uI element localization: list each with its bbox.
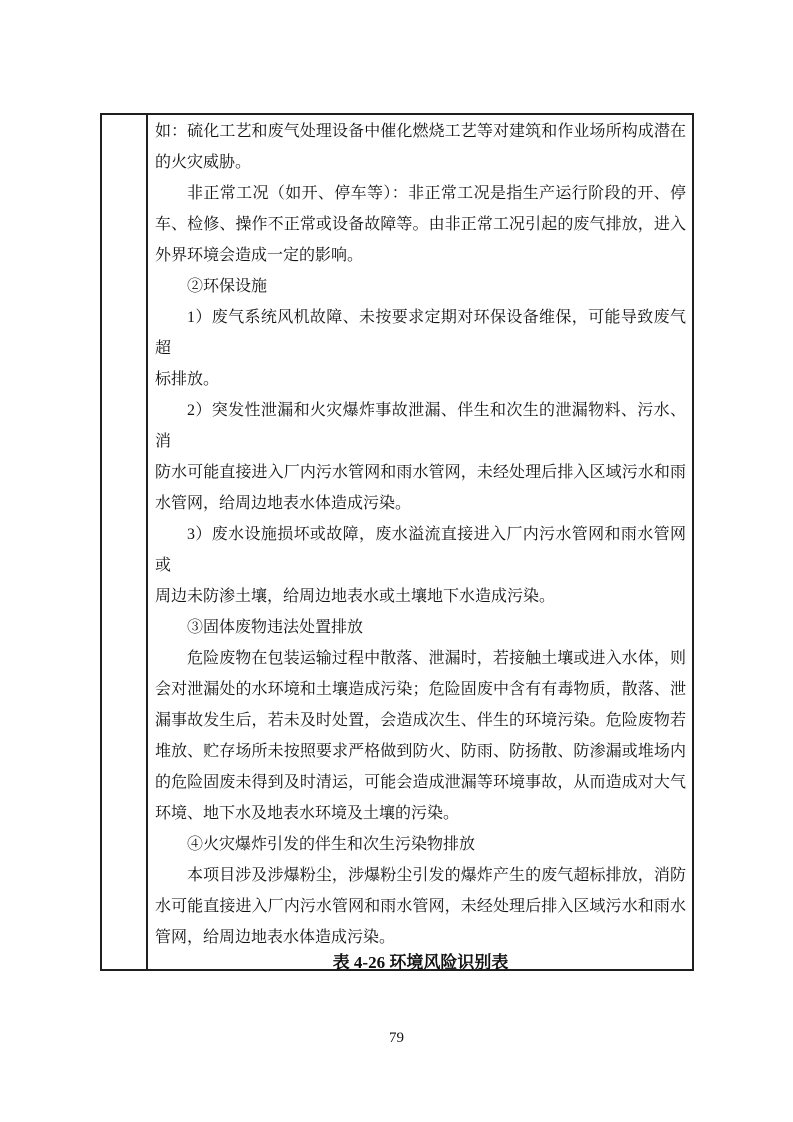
- paragraph: 2）突发性泄漏和火灾爆炸事故泄漏、伴生和次生的泄漏物料、污水、消防水可能直接进入…: [155, 395, 686, 519]
- text-line: 3）废水设施损坏或故障，废水溢流直接进入厂内污水管网和雨水管网或: [155, 519, 686, 581]
- text-line: 的火灾威胁。: [155, 147, 686, 178]
- text-line: 2）突发性泄漏和火灾爆炸事故泄漏、伴生和次生的泄漏物料、污水、消: [155, 395, 686, 457]
- text-line: 的危险固废未得到及时清运，可能会造成泄漏等环境事故，从而造成对大气: [155, 767, 686, 798]
- paragraph: ④火灾爆炸引发的伴生和次生污染物排放: [155, 829, 686, 860]
- body-text: 如：硫化工艺和废气处理设备中催化燃烧工艺等对建筑和作业场所构成潜在的火灾威胁。非…: [155, 116, 688, 953]
- text-line: 水管网，给周边地表水体造成污染。: [155, 488, 686, 519]
- text-line: 本项目涉及涉爆粉尘，涉爆粉尘引发的爆炸产生的废气超标排放，消防: [155, 860, 686, 891]
- text-line: 非正常工况（如开、停车等）：非正常工况是指生产运行阶段的开、停: [155, 178, 686, 209]
- text-line: 会对泄漏处的水环境和土壤造成污染；危险固废中含有有毒物质，散落、泄: [155, 674, 686, 705]
- paragraph: 本项目涉及涉爆粉尘，涉爆粉尘引发的爆炸产生的废气超标排放，消防水可能直接进入厂内…: [155, 860, 686, 953]
- text-line: 漏事故发生后，若未及时处置，会造成次生、伴生的环境污染。危险废物若: [155, 705, 686, 736]
- text-line: 危险废物在包装运输过程中散落、泄漏时，若接触土壤或进入水体，则: [155, 643, 686, 674]
- text-line: 堆放、贮存场所未按照要求严格做到防火、防雨、防扬散、防渗漏或堆场内: [155, 736, 686, 767]
- paragraph: 危险废物在包装运输过程中散落、泄漏时，若接触土壤或进入水体，则会对泄漏处的水环境…: [155, 643, 686, 829]
- text-line: ③固体废物违法处置排放: [155, 612, 686, 643]
- text-line: ②环保设施: [155, 271, 686, 302]
- text-line: ④火灾爆炸引发的伴生和次生污染物排放: [155, 829, 686, 860]
- paragraph: 非正常工况（如开、停车等）：非正常工况是指生产运行阶段的开、停车、检修、操作不正…: [155, 178, 686, 271]
- text-line: 环境、地下水及地表水环境及土壤的污染。: [155, 798, 686, 829]
- paragraph: 3）废水设施损坏或故障，废水溢流直接进入厂内污水管网和雨水管网或周边未防渗土壤，…: [155, 519, 686, 612]
- text-line: 如：硫化工艺和废气处理设备中催化燃烧工艺等对建筑和作业场所构成潜在: [155, 116, 686, 147]
- text-line: 周边未防渗土壤，给周边地表水或土壤地下水造成污染。: [155, 581, 686, 612]
- text-line: 水可能直接进入厂内污水管网和雨水管网，未经处理后排入区域污水和雨水: [155, 891, 686, 922]
- text-line: 防水可能直接进入厂内污水管网和雨水管网，未经处理后排入区域污水和雨: [155, 457, 686, 488]
- paragraph: ③固体废物违法处置排放: [155, 612, 686, 643]
- page-number: 79: [0, 1030, 793, 1047]
- text-line: 外界环境会造成一定的影响。: [155, 240, 686, 271]
- text-line: 管网，给周边地表水体造成污染。: [155, 922, 686, 953]
- outer-layout-table: 如：硫化工艺和废气处理设备中催化燃烧工艺等对建筑和作业场所构成潜在的火灾威胁。非…: [100, 113, 694, 971]
- risk-table-caption: 表 4-26 环境风险识别表: [155, 951, 686, 969]
- text-line: 车、检修、操作不正常或设备故障等。由非正常工况引起的废气排放，进入: [155, 209, 686, 240]
- paragraph: 1）废气系统风机故障、未按要求定期对环保设备维保，可能导致废气超标排放。: [155, 302, 686, 395]
- text-line: 1）废气系统风机故障、未按要求定期对环保设备维保，可能导致废气超: [155, 302, 686, 364]
- document-page: 如：硫化工艺和废气处理设备中催化燃烧工艺等对建筑和作业场所构成潜在的火灾威胁。非…: [0, 0, 793, 1122]
- text-line: 标排放。: [155, 364, 686, 395]
- paragraph: 如：硫化工艺和废气处理设备中催化燃烧工艺等对建筑和作业场所构成潜在的火灾威胁。: [155, 116, 686, 178]
- left-empty-column: [102, 115, 148, 969]
- paragraph: ②环保设施: [155, 271, 686, 302]
- content-cell: 如：硫化工艺和废气处理设备中催化燃烧工艺等对建筑和作业场所构成潜在的火灾威胁。非…: [148, 115, 692, 969]
